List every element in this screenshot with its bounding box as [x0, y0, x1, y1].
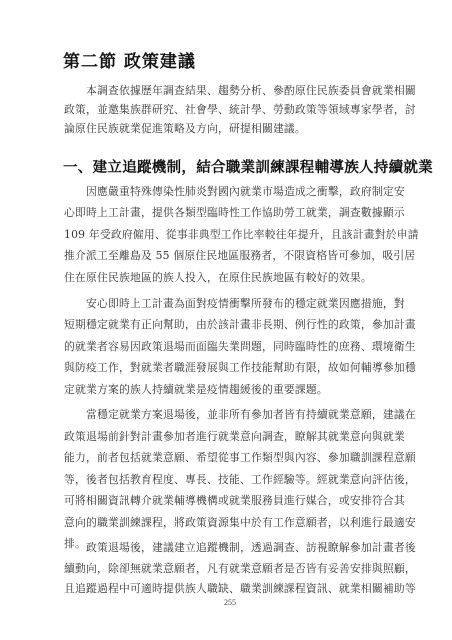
paragraph-line: 政策退場前針對計畫參加者進行就業意向調查，瞭解其就業意向與就業 [64, 430, 398, 444]
paragraph-line: 與防疫工作，對就業者職涯發展與工作技能幫助有限，故如何輔導參加穩 [64, 361, 398, 375]
subsection-heading: 一、建立追蹤機制，結合職業訓練課程輔導族人持續就業 [63, 156, 433, 177]
paragraph-line: 因應嚴重特殊傳染性肺炎對國內就業市場造成之衝擊，政府制定安 [86, 185, 398, 199]
page-number: 255 [0, 598, 452, 607]
paragraph-line: 當穩定就業方案退場後，並非所有參加者皆有持續就業意願，建議在 [86, 408, 398, 422]
section-title: 第二節 政策建議 [63, 47, 196, 72]
paragraph-line: 定就業方案的族人持續就業是疫情趨緩後的重要課題。 [64, 383, 398, 397]
paragraph-line: 短期穩定就業有正向幫助，由於該計畫非長期、例行性的政策，參加計畫 [64, 318, 398, 332]
paragraph-line: 續動向，除卻無就業意願者，凡有就業意願者是否皆有妥善安排與照顧， [64, 562, 398, 576]
intro-line: 政策，並邀集族群研究、社會學、統計學、勞動政策等領域專家學者，討 [64, 103, 398, 117]
intro-line: 論原住民族就業促進策略及方向，研提相關建議。 [64, 122, 398, 136]
paragraph-line: 政策退場後，建議建立追蹤機制，透過調查、訪視瞭解參加計畫者後 [86, 541, 398, 555]
paragraph-line: 且追蹤過程中可適時提供族人職缺、職業訓練課程資訊、就業相關補助等 [64, 582, 398, 596]
intro-line: 本調查依據歷年調查結果、趨勢分析、參酌原住民族委員會就業相關 [86, 84, 398, 98]
paragraph-line: 109 年受政府僱用、從事非典型工作比率較往年提升，且該計畫對於申請 [64, 228, 398, 242]
paragraph-line: 安心即時上工計畫為面對疫情衝擊所發布的穩定就業因應措施，對 [86, 297, 398, 311]
paragraph-line: 推介派工至離島及 55 個原住民地區服務者，不限資格皆可參加，吸引居 [64, 249, 398, 263]
paragraph-line: 能力，前者包括就業意願、希望從事工作類型與內容、參加職訓課程意願 [64, 451, 398, 465]
paragraph-line: 等，後者包括教育程度、專長、技能、工作經驗等。經就業意向評估後， [64, 473, 398, 487]
paragraph-line: 心即時上工計畫，提供各類型臨時性工作協助勞工就業，調查數據顯示 [64, 206, 398, 220]
paragraph-line: 的就業者容易因政策退場而面臨失業問題，同時臨時性的庶務、環境衛生 [64, 340, 398, 354]
paragraph-line: 意向的職業訓練課程，將政策資源集中於有工作意願者，以利進行最適安 [64, 516, 398, 530]
document-page: 第二節 政策建議 本調查依據歷年調查結果、趨勢分析、參酌原住民族委員會就業相關 … [0, 0, 452, 640]
paragraph-line: 可將相關資訊轉介就業輔導機構或就業服務員進行媒合，或安排符合其 [64, 494, 398, 508]
paragraph-line: 住在原住民族地區的族人投入，在原住民族地區有較好的效果。 [64, 271, 398, 285]
